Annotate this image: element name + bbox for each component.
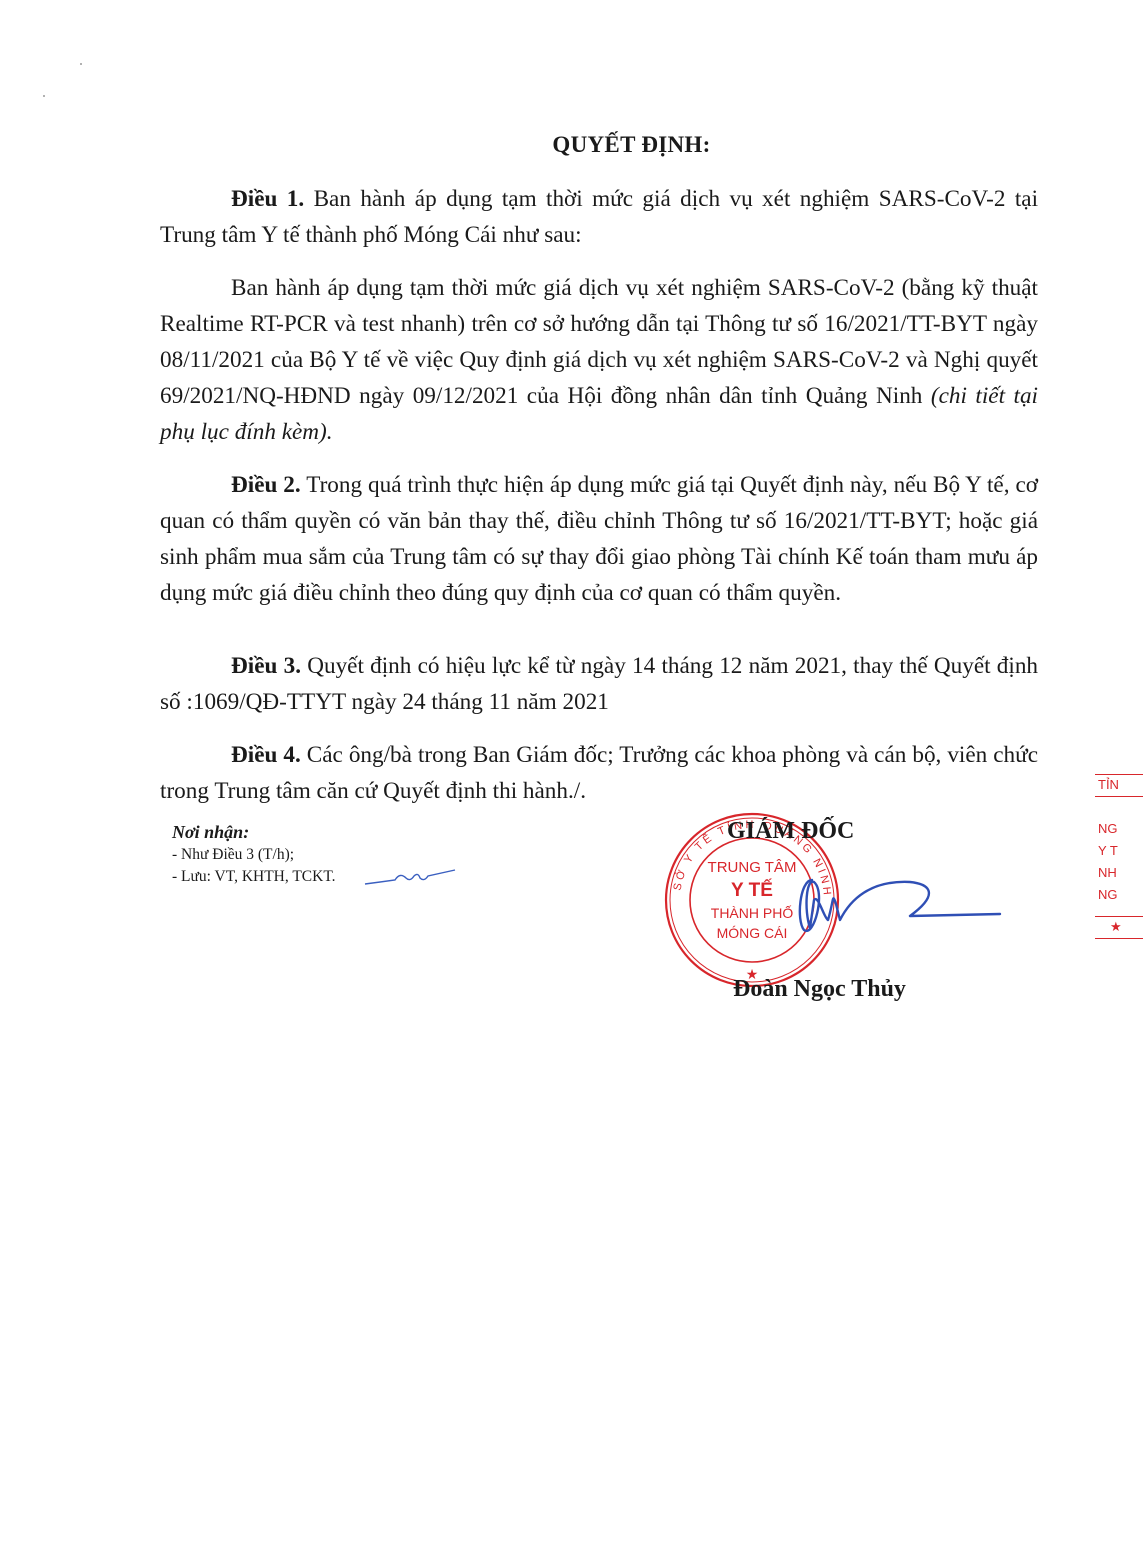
article-text: Ban hành áp dụng tạm thời mức giá dịch v… bbox=[160, 275, 1038, 409]
edge-seal-text: Y T bbox=[1098, 844, 1118, 858]
decision-heading: QUYẾT ĐỊNH: bbox=[0, 132, 1143, 158]
scan-artifact bbox=[80, 63, 82, 65]
article-1: Điều 1. Ban hành áp dụng tạm thời mức gi… bbox=[160, 181, 1038, 253]
article-label: Điều 2. bbox=[231, 472, 301, 498]
recipient-item: - Lưu: VT, KHTH, TCKT. bbox=[172, 866, 336, 888]
edge-seal-text: NH bbox=[1098, 866, 1117, 880]
recipients-block: Nơi nhận: - Như Điều 3 (T/h); - Lưu: VT,… bbox=[172, 820, 336, 888]
recipient-item: - Như Điều 3 (T/h); bbox=[172, 844, 336, 866]
signer-name: Đoàn Ngọc Thủy bbox=[733, 976, 906, 1003]
handwritten-signature-icon bbox=[770, 870, 1010, 940]
scan-artifact bbox=[43, 95, 45, 97]
svg-text:Y TẾ: Y TẾ bbox=[731, 879, 773, 901]
article-label: Điều 3. bbox=[231, 653, 301, 679]
signature-title: GIÁM ĐỐC bbox=[727, 818, 854, 845]
edge-seal-fragment: TỈN NG Y T NH NG ★ bbox=[1090, 770, 1143, 960]
article-3: Điều 3. Quyết định có hiệu lực kể từ ngà… bbox=[160, 648, 1038, 720]
recipients-title: Nơi nhận: bbox=[172, 820, 336, 844]
article-label: Điều 1. bbox=[231, 186, 304, 212]
edge-seal-text: NG bbox=[1098, 822, 1118, 836]
handwritten-initials-icon bbox=[360, 868, 460, 890]
edge-seal-star-icon: ★ bbox=[1110, 920, 1122, 934]
article-2: Điều 2. Trong quá trình thực hiện áp dụn… bbox=[160, 467, 1038, 611]
edge-seal-text: TỈN bbox=[1098, 778, 1119, 792]
article-1-detail: Ban hành áp dụng tạm thời mức giá dịch v… bbox=[160, 270, 1038, 450]
article-label: Điều 4. bbox=[231, 742, 301, 768]
article-4: Điều 4. Các ông/bà trong Ban Giám đốc; T… bbox=[160, 737, 1038, 809]
edge-seal-text: NG bbox=[1098, 888, 1118, 902]
document-page: QUYẾT ĐỊNH: Điều 1. Ban hành áp dụng tạm… bbox=[0, 0, 1143, 1566]
